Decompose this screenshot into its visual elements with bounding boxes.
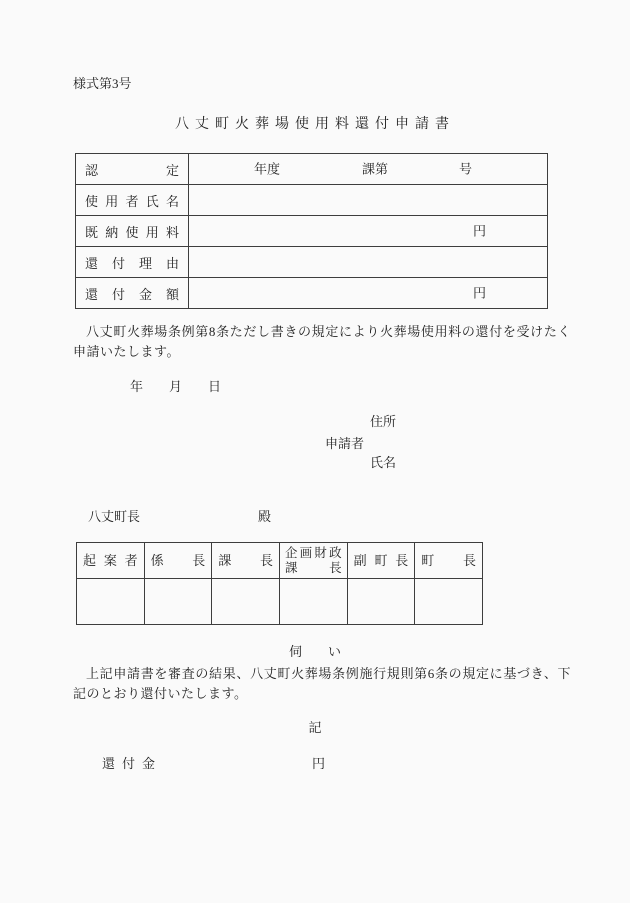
nintei-value-cell: 年度 課第 号 bbox=[189, 154, 548, 185]
refund-amount-label: 還付金額 bbox=[76, 278, 189, 309]
table-row: 認定 年度 課第 号 bbox=[76, 154, 548, 185]
applicant-label: 申請者 bbox=[325, 437, 364, 450]
document-title: 八丈町火葬場使用料還付申請書 bbox=[0, 118, 630, 132]
address-label: 住所 bbox=[370, 415, 396, 428]
planning-finance-chief-header: 企画財政 課長 bbox=[279, 543, 347, 579]
nintei-label: 認定 bbox=[76, 154, 189, 185]
table-row: 既納使用料 円 bbox=[76, 216, 548, 247]
refund-yen-unit: 円 bbox=[312, 757, 325, 770]
approval-header-row: 起案者 係長 課長 企画財政 課長 副町長 町長 bbox=[77, 543, 483, 579]
refund-amount-value-cell: 円 bbox=[189, 278, 548, 309]
section-chief-stamp-cell bbox=[144, 579, 212, 625]
approval-stamp-row bbox=[77, 579, 483, 625]
decision-statement: 上記申請書を審査の結果、八丈町火葬場条例施行規則第6条の規定に基づき、下記のとお… bbox=[73, 664, 571, 704]
drafter-header: 起案者 bbox=[77, 543, 145, 579]
note-heading: 記 bbox=[0, 721, 630, 734]
deputy-mayor-stamp-cell bbox=[347, 579, 415, 625]
approval-stamp-table: 起案者 係長 課長 企画財政 課長 副町長 町長 bbox=[76, 542, 483, 625]
division-chief-header: 課長 bbox=[212, 543, 280, 579]
inquiry-heading: 伺 い bbox=[0, 645, 630, 658]
table-row: 還付理由 bbox=[76, 247, 548, 278]
application-statement: 八丈町火葬場条例第8条ただし書きの規定により火葬場使用料の還付を受けたく申請いた… bbox=[73, 322, 571, 362]
nendo-label: 年度 bbox=[254, 163, 280, 176]
addressee-mayor: 八丈町長 bbox=[88, 510, 140, 523]
drafter-stamp-cell bbox=[77, 579, 145, 625]
mayor-header: 町長 bbox=[415, 543, 483, 579]
document-page: 様式第3号 八丈町火葬場使用料還付申請書 認定 年度 課第 号 使用者氏名 既納… bbox=[0, 0, 630, 903]
refund-reason-label: 還付理由 bbox=[76, 247, 189, 278]
section-chief-header: 係長 bbox=[144, 543, 212, 579]
user-name-value-cell bbox=[189, 185, 548, 216]
date-line: 年 月 日 bbox=[130, 380, 221, 393]
paid-fee-label: 既納使用料 bbox=[76, 216, 189, 247]
kadai-label: 課第 bbox=[362, 163, 388, 176]
mayor-stamp-cell bbox=[415, 579, 483, 625]
user-name-label: 使用者氏名 bbox=[76, 185, 189, 216]
name-label: 氏名 bbox=[370, 456, 396, 469]
table-row: 使用者氏名 bbox=[76, 185, 548, 216]
go-label: 号 bbox=[459, 163, 472, 176]
table-row: 還付金額 円 bbox=[76, 278, 548, 309]
refund-amount-line-label: 還付金 bbox=[102, 757, 162, 770]
paid-fee-value-cell: 円 bbox=[189, 216, 548, 247]
refund-application-table: 認定 年度 課第 号 使用者氏名 既納使用料 円 bbox=[75, 153, 548, 309]
honorific-dono: 殿 bbox=[258, 510, 271, 523]
deputy-mayor-header: 副町長 bbox=[347, 543, 415, 579]
yen-unit: 円 bbox=[473, 225, 486, 238]
form-number: 様式第3号 bbox=[73, 77, 132, 90]
division-chief-stamp-cell bbox=[212, 579, 280, 625]
planning-finance-chief-stamp-cell bbox=[279, 579, 347, 625]
yen-unit: 円 bbox=[473, 287, 486, 300]
refund-reason-value-cell bbox=[189, 247, 548, 278]
